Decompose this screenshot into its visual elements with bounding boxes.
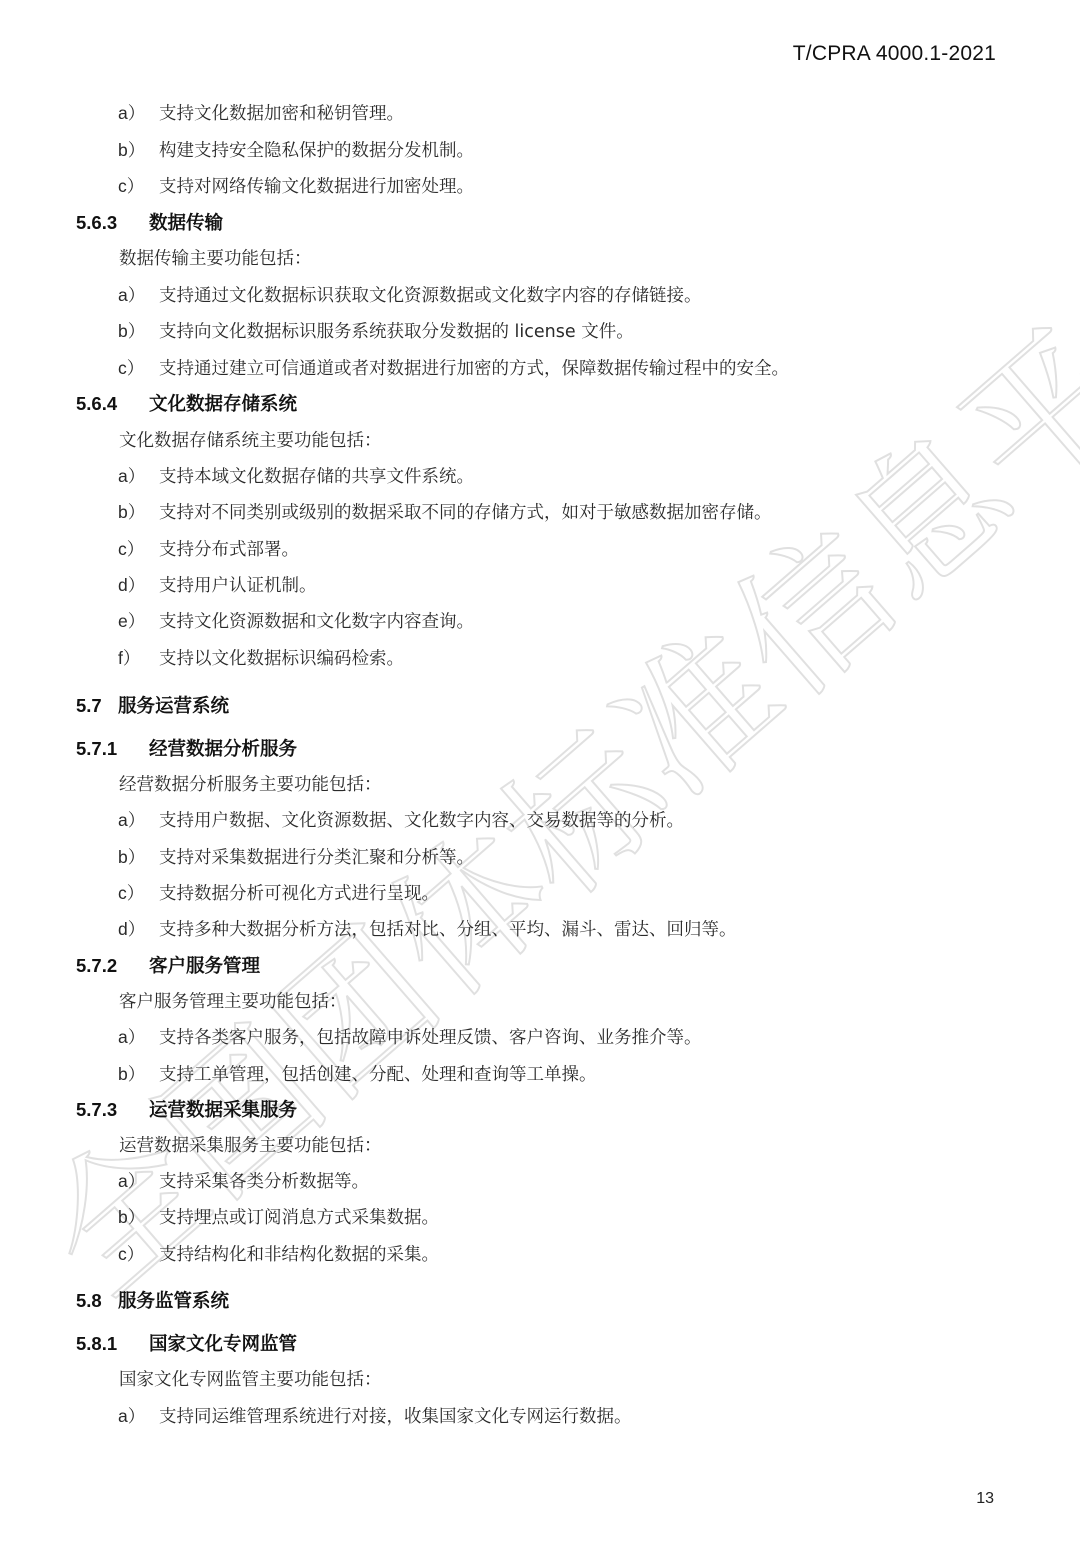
list-marker: b） <box>118 1061 159 1086</box>
list-item: d）支持用户认证机制。 <box>118 572 317 597</box>
list-marker: c） <box>118 173 159 198</box>
subsection-heading: 5.7.1经营数据分析服务 <box>76 735 297 761</box>
list-item-text: 支持各类客户服务，包括故障申诉处理反馈、客户咨询、业务推介等。 <box>159 1028 702 1048</box>
list-item: c）支持分布式部署。 <box>118 536 299 561</box>
subsection-heading: 5.7.2客户服务管理 <box>76 952 260 978</box>
section-heading: 5.7服务运营系统 <box>76 692 229 718</box>
list-item: b）支持对采集数据进行分类汇聚和分析等。 <box>118 844 474 869</box>
heading-title: 服务运营系统 <box>118 696 229 717</box>
list-item-text: 支持以文化数据标识编码检索。 <box>159 649 404 669</box>
section-intro: 数据传输主要功能包括： <box>119 245 312 270</box>
list-marker: f） <box>118 645 159 670</box>
list-item: a）支持用户数据、文化资源数据、文化数字内容、交易数据等的分析。 <box>118 807 684 832</box>
list-marker: c） <box>118 1241 159 1266</box>
list-item: a）支持通过文化数据标识获取文化资源数据或文化数字内容的存储链接。 <box>118 282 702 307</box>
list-item-text: 支持分布式部署。 <box>159 540 299 560</box>
list-marker: a） <box>118 1024 159 1049</box>
section-intro: 运营数据采集服务主要功能包括： <box>119 1132 382 1157</box>
subsection-heading: 5.7.3运营数据采集服务 <box>76 1096 297 1122</box>
list-item: a）支持各类客户服务，包括故障申诉处理反馈、客户咨询、业务推介等。 <box>118 1024 702 1049</box>
list-marker: c） <box>118 536 159 561</box>
document-code: T/CPRA 4000.1-2021 <box>793 42 996 66</box>
heading-number: 5.7 <box>76 695 118 717</box>
list-item-text: 支持同运维管理系统进行对接，收集国家文化专网运行数据。 <box>159 1407 632 1427</box>
list-item: b）支持工单管理，包括创建、分配、处理和查询等工单操。 <box>118 1061 597 1086</box>
list-marker: d） <box>118 572 159 597</box>
heading-title: 文化数据存储系统 <box>149 394 297 415</box>
subsection-heading: 5.6.3数据传输 <box>76 209 223 235</box>
section-heading: 5.8服务监管系统 <box>76 1287 229 1313</box>
heading-number: 5.8.1 <box>76 1333 149 1355</box>
list-item-text: 构建支持安全隐私保护的数据分发机制。 <box>159 141 474 161</box>
heading-number: 5.6.4 <box>76 393 149 415</box>
list-marker: c） <box>118 880 159 905</box>
list-item: f）支持以文化数据标识编码检索。 <box>118 645 404 670</box>
list-item-text: 支持向文化数据标识服务系统获取分发数据的 license 文件。 <box>159 322 634 342</box>
list-item-text: 支持采集各类分析数据等。 <box>159 1172 369 1192</box>
subsection-heading: 5.8.1国家文化专网监管 <box>76 1330 297 1356</box>
list-marker: b） <box>118 318 159 343</box>
list-marker: d） <box>118 916 159 941</box>
list-marker: b） <box>118 137 159 162</box>
list-item-text: 支持文化资源数据和文化数字内容查询。 <box>159 612 474 632</box>
heading-number: 5.7.1 <box>76 738 149 760</box>
page-number: 13 <box>976 1490 994 1508</box>
list-marker: b） <box>118 1204 159 1229</box>
list-item: b）支持向文化数据标识服务系统获取分发数据的 license 文件。 <box>118 318 634 343</box>
heading-number: 5.8 <box>76 1290 118 1312</box>
list-marker: a） <box>118 807 159 832</box>
heading-number: 5.7.2 <box>76 955 149 977</box>
list-marker: a） <box>118 1168 159 1193</box>
list-item: b）支持埋点或订阅消息方式采集数据。 <box>118 1204 439 1229</box>
list-item: e）支持文化资源数据和文化数字内容查询。 <box>118 608 474 633</box>
heading-title: 数据传输 <box>149 213 223 234</box>
list-item-text: 支持对采集数据进行分类汇聚和分析等。 <box>159 848 474 868</box>
list-marker: a） <box>118 100 159 125</box>
list-item: b）构建支持安全隐私保护的数据分发机制。 <box>118 137 474 162</box>
list-item-text: 支持工单管理，包括创建、分配、处理和查询等工单操。 <box>159 1065 597 1085</box>
list-item: a）支持采集各类分析数据等。 <box>118 1168 369 1193</box>
list-item-text: 支持用户认证机制。 <box>159 576 317 596</box>
list-item: a）支持同运维管理系统进行对接，收集国家文化专网运行数据。 <box>118 1403 632 1428</box>
list-item-text: 支持用户数据、文化资源数据、文化数字内容、交易数据等的分析。 <box>159 811 684 831</box>
list-marker: a） <box>118 282 159 307</box>
list-item: c）支持通过建立可信通道或者对数据进行加密的方式，保障数据传输过程中的安全。 <box>118 355 789 380</box>
list-item: d）支持多种大数据分析方法，包括对比、分组、平均、漏斗、雷达、回归等。 <box>118 916 737 941</box>
list-item: c）支持对网络传输文化数据进行加密处理。 <box>118 173 474 198</box>
subsection-heading: 5.6.4文化数据存储系统 <box>76 390 297 416</box>
heading-title: 服务监管系统 <box>118 1291 229 1312</box>
heading-title: 客户服务管理 <box>149 956 260 977</box>
list-item-text: 支持多种大数据分析方法，包括对比、分组、平均、漏斗、雷达、回归等。 <box>159 920 737 940</box>
list-item: a）支持本域文化数据存储的共享文件系统。 <box>118 463 474 488</box>
list-item-text: 支持数据分析可视化方式进行呈现。 <box>159 884 439 904</box>
list-marker: c） <box>118 355 159 380</box>
list-item-text: 支持对不同类别或级别的数据采取不同的存储方式，如对于敏感数据加密存储。 <box>159 503 772 523</box>
list-marker: a） <box>118 463 159 488</box>
list-marker: a） <box>118 1403 159 1428</box>
section-intro: 文化数据存储系统主要功能包括： <box>119 427 382 452</box>
list-item: c）支持结构化和非结构化数据的采集。 <box>118 1241 439 1266</box>
list-marker: e） <box>118 608 159 633</box>
heading-number: 5.7.3 <box>76 1099 149 1121</box>
list-item-text: 支持本域文化数据存储的共享文件系统。 <box>159 467 474 487</box>
list-marker: b） <box>118 844 159 869</box>
heading-number: 5.6.3 <box>76 212 149 234</box>
heading-title: 国家文化专网监管 <box>149 1334 297 1355</box>
section-intro: 经营数据分析服务主要功能包括： <box>119 771 382 796</box>
list-item: b）支持对不同类别或级别的数据采取不同的存储方式，如对于敏感数据加密存储。 <box>118 499 772 524</box>
list-item-text: 支持对网络传输文化数据进行加密处理。 <box>159 177 474 197</box>
section-intro: 国家文化专网监管主要功能包括： <box>119 1366 382 1391</box>
heading-title: 运营数据采集服务 <box>149 1100 297 1121</box>
list-item-text: 支持埋点或订阅消息方式采集数据。 <box>159 1208 439 1228</box>
list-item-text: 支持结构化和非结构化数据的采集。 <box>159 1245 439 1265</box>
section-intro: 客户服务管理主要功能包括： <box>119 988 347 1013</box>
heading-title: 经营数据分析服务 <box>149 739 297 760</box>
list-item-text: 支持通过文化数据标识获取文化资源数据或文化数字内容的存储链接。 <box>159 286 702 306</box>
list-marker: b） <box>118 499 159 524</box>
list-item-text: 支持通过建立可信通道或者对数据进行加密的方式，保障数据传输过程中的安全。 <box>159 359 789 379</box>
list-item: c）支持数据分析可视化方式进行呈现。 <box>118 880 439 905</box>
list-item-text: 支持文化数据加密和秘钥管理。 <box>159 104 404 124</box>
list-item: a）支持文化数据加密和秘钥管理。 <box>118 100 404 125</box>
